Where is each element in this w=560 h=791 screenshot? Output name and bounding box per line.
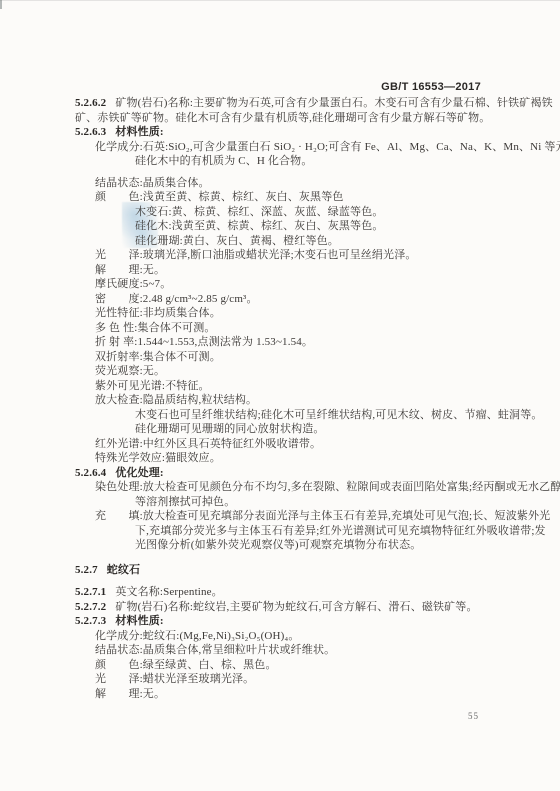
line-text: 材料性质: [115, 126, 163, 138]
page-number: 55 [468, 711, 479, 721]
clause-line: 5.2.7.1英文名称:Serpentine。 [75, 585, 491, 600]
scan-edge-artifact [0, 0, 560, 1]
line-text: 密 度:2.48 g/cm³~2.85 g/cm³。 [95, 293, 258, 305]
text-line: 摩氏硬度:5~7。 [95, 277, 491, 292]
text-line: 紫外可见光谱:不特征。 [95, 379, 491, 394]
clause-number: 5.2.6.2 [75, 97, 106, 109]
text-line: 硅化木中的有机质为 C、H 化合物。 [135, 154, 491, 169]
line-text: 木变石也可呈纤维状结构;硅化木可呈纤维状结构,可见木纹、树皮、节瘤、蛀洞等。 [135, 409, 543, 421]
document-body: 5.2.6.2矿物(岩石)名称:主要矿物为石英,可含有少量蛋白石。木变石可含有少… [75, 96, 491, 701]
line-text: 光 泽:蜡状光泽至玻璃光泽。 [95, 673, 254, 685]
line-text: 紫外可见光谱:不特征。 [95, 380, 210, 392]
text-line: 放大检查:隐晶质结构,粒状结构。 [95, 393, 491, 408]
line-text: 矿物(岩石)名称:主要矿物为石英,可含有少量蛋白石。木变石可含有少量石棉、针铁矿… [115, 97, 552, 109]
line-text: 解 理:无。 [95, 688, 165, 700]
text-line: 解 理:无。 [95, 263, 491, 278]
line-text: 双折射率:集合体不可测。 [95, 351, 221, 363]
text-line: 解 理:无。 [95, 687, 491, 702]
line-text: 染色处理:放大检查可见颜色分布不均匀,多在裂隙、粒隙间或表面凹陷处富集;经丙酮或… [95, 481, 560, 493]
line-text: 等溶剂擦拭可掉色。 [135, 496, 235, 508]
line-text: 特殊光学效应:猫眼效应。 [95, 452, 221, 464]
text-line: 折 射 率:1.544~1.553,点测法常为 1.53~1.54。 [95, 335, 491, 350]
text-line: 硅化木:浅黄至黄、棕黄、棕红、灰白、灰黑等色。 [135, 219, 491, 234]
text-line: 硅化珊瑚可见珊瑚的同心放射状构造。 [135, 422, 491, 437]
line-text: 摩氏硬度:5~7。 [95, 278, 171, 290]
clause-number: 5.2.7.1 [75, 586, 106, 598]
text-line: 化学成分:蛇纹石:(Mg,Fe,Ni)₃Si₂O₅(OH)₄。 [95, 629, 491, 644]
text-line: 光性特征:非均质集合体。 [95, 306, 491, 321]
clause-line: 5.2.6.3材料性质: [75, 125, 491, 140]
line-text: 解 理:无。 [95, 264, 165, 276]
text-line: 多 色 性:集合体不可测。 [95, 321, 491, 336]
text-line: 双折射率:集合体不可测。 [95, 350, 491, 365]
clause-line: 5.2.7.3材料性质: [75, 614, 491, 629]
line-text: 放大检查:隐晶质结构,粒状结构。 [95, 394, 257, 406]
text-line: 结晶状态:晶质集合体。 [95, 176, 491, 191]
clause-number: 5.2.7.3 [75, 615, 106, 627]
text-line: 光 泽:蜡状光泽至玻璃光泽。 [95, 672, 491, 687]
line-text: 多 色 性:集合体不可测。 [95, 322, 216, 334]
section-heading: 5.2.7蛇纹石 [75, 563, 491, 578]
line-text: 下,充填部分荧光多与主体玉石有差异;红外光谱测试可见充填物特征红外吸收谱带;发 [135, 525, 546, 537]
line-text: 光性特征:非均质集合体。 [95, 307, 221, 319]
clause-line: 5.2.7.2矿物(岩石)名称:蛇纹岩,主要矿物为蛇纹石,可含方解石、滑石、磁铁… [75, 600, 491, 615]
line-text: 英文名称:Serpentine。 [115, 586, 223, 598]
clause-line: 5.2.6.2矿物(岩石)名称:主要矿物为石英,可含有少量蛋白石。木变石可含有少… [75, 96, 491, 111]
text-line: 荧光观察:无。 [95, 364, 491, 379]
standard-number-header: GB/T 16553—2017 [381, 81, 481, 93]
text-line: 光 泽:玻璃光泽,断口油脂或蜡状光泽;木变石也可呈丝绢光泽。 [95, 248, 491, 263]
line-text: 硅化珊瑚可见珊瑚的同心放射状构造。 [135, 423, 325, 435]
text-line: 等溶剂擦拭可掉色。 [135, 495, 491, 510]
line-text: 充 填:放大检查可见充填部分表面光泽与主体玉石有差异,充填处可见气泡;长、短波紫… [95, 510, 550, 522]
line-text: 硅化木:浅黄至黄、棕黄、棕红、灰白、灰黑等色。 [135, 220, 384, 232]
line-text: 结晶状态:晶质集合体,常呈细粒叶片状或纤维状。 [95, 644, 335, 656]
text-line: 化学成分:石英:SiO₂,可含少量蛋白石 SiO₂ · H₂O;可含有 Fe、A… [95, 140, 491, 155]
clause-line: 5.2.6.4优化处理: [75, 466, 491, 481]
line-text: 硅化木中的有机质为 C、H 化合物。 [135, 155, 312, 167]
line-text: 颜 色:浅黄至黄、棕黄、棕红、灰白、灰黑等色 [95, 191, 344, 203]
line-text: 硅化珊瑚:黄白、灰白、黄褐、橙红等色。 [135, 235, 339, 247]
line-text: 木变石:黄、棕黄、棕红、深蓝、灰蓝、绿蓝等色。 [135, 206, 384, 218]
line-text: 化学成分:石英:SiO₂,可含少量蛋白石 SiO₂ · H₂O;可含有 Fe、A… [95, 141, 560, 153]
text-line: 特殊光学效应:猫眼效应。 [95, 451, 491, 466]
line-text: 矿、赤铁矿等矿物。硅化木可含有少量有机质等,硅化珊瑚可含有少量方解石等矿物。 [75, 112, 490, 124]
document-page: GB/T 16553—2017 5.2.6.2矿物(岩石)名称:主要矿物为石英,… [0, 0, 560, 791]
line-text: 颜 色:绿至绿黄、白、棕、黑色。 [95, 659, 277, 671]
clause-number: 5.2.7 [75, 564, 98, 576]
line-text: 光 泽:玻璃光泽,断口油脂或蜡状光泽;木变石也可呈丝绢光泽。 [95, 249, 417, 261]
scan-corner-artifact [0, 0, 2, 9]
line-text: 红外光谱:中红外区具石英特征红外吸收谱带。 [95, 438, 321, 450]
line-text: 荧光观察:无。 [95, 365, 165, 377]
line-text: 折 射 率:1.544~1.553,点测法常为 1.53~1.54。 [95, 336, 313, 348]
text-line: 硅化珊瑚:黄白、灰白、黄褐、橙红等色。 [135, 234, 491, 249]
text-line: 木变石:黄、棕黄、棕红、深蓝、灰蓝、绿蓝等色。 [135, 205, 491, 220]
line-text: 光图像分析(如紫外荧光观察仪等)可观察充填物分布状态。 [135, 539, 421, 551]
clause-number: 5.2.7.2 [75, 601, 106, 613]
text-line: 结晶状态:晶质集合体,常呈细粒叶片状或纤维状。 [95, 643, 491, 658]
line-text: 结晶状态:晶质集合体。 [95, 177, 210, 189]
line-text: 化学成分:蛇纹石:(Mg,Fe,Ni)₃Si₂O₅(OH)₄。 [95, 630, 300, 642]
line-text: 材料性质: [115, 615, 163, 627]
text-line: 木变石也可呈纤维状结构;硅化木可呈纤维状结构,可见木纹、树皮、节瘤、蛀洞等。 [135, 408, 491, 423]
clause-number: 5.2.6.3 [75, 126, 106, 138]
line-text: 蛇纹石 [107, 564, 140, 576]
text-line: 矿、赤铁矿等矿物。硅化木可含有少量有机质等,硅化珊瑚可含有少量方解石等矿物。 [75, 111, 491, 126]
line-text: 矿物(岩石)名称:蛇纹岩,主要矿物为蛇纹石,可含方解石、滑石、磁铁矿等。 [115, 601, 477, 613]
text-line: 颜 色:浅黄至黄、棕黄、棕红、灰白、灰黑等色 [95, 190, 491, 205]
text-line: 红外光谱:中红外区具石英特征红外吸收谱带。 [95, 437, 491, 452]
text-line: 充 填:放大检查可见充填部分表面光泽与主体玉石有差异,充填处可见气泡;长、短波紫… [95, 509, 491, 524]
text-line: 染色处理:放大检查可见颜色分布不均匀,多在裂隙、粒隙间或表面凹陷处富集;经丙酮或… [95, 480, 491, 495]
text-line: 光图像分析(如紫外荧光观察仪等)可观察充填物分布状态。 [135, 538, 491, 553]
clause-number: 5.2.6.4 [75, 467, 106, 479]
text-line: 密 度:2.48 g/cm³~2.85 g/cm³。 [95, 292, 491, 307]
text-line: 下,充填部分荧光多与主体玉石有差异;红外光谱测试可见充填物特征红外吸收谱带;发 [135, 524, 491, 539]
line-text: 优化处理: [115, 467, 163, 479]
text-line: 颜 色:绿至绿黄、白、棕、黑色。 [95, 658, 491, 673]
